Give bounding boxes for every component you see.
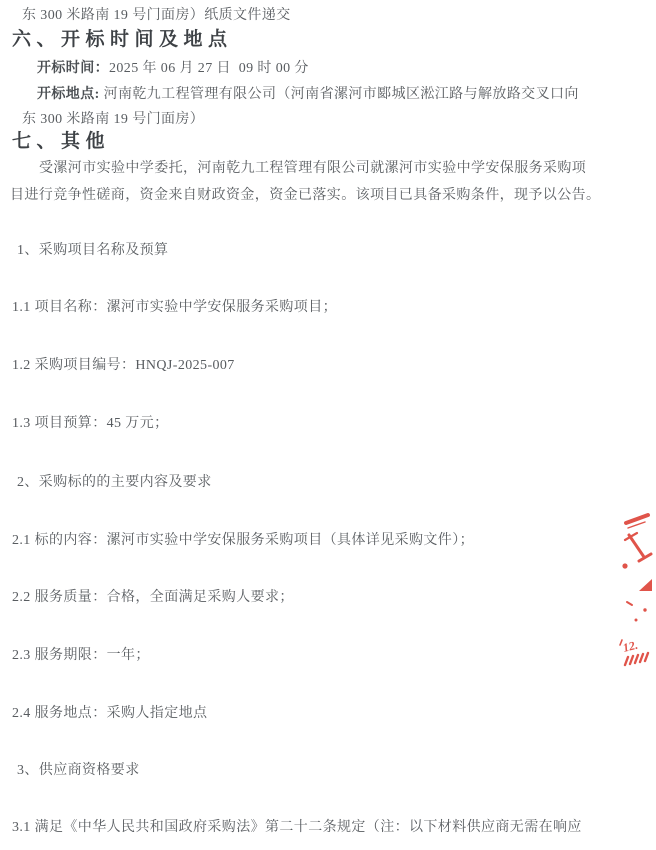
doc-line-item-2-4-location: 2.4 服务地点：采购人指定地点 [12, 706, 207, 722]
field-label-opening-time: 开标时间： [37, 61, 109, 76]
doc-line-item-2-1-content: 2.1 标的内容：漯河市实验中学安保服务采购项目（具体详见采购文件）； [12, 533, 474, 549]
red-seal-fragment-icon: 12. [612, 503, 656, 675]
doc-line-item-2-3-term: 2.3 服务期限：一年； [12, 648, 150, 664]
doc-line-item-2-title: 2、采购标的的主要内容及要求 [17, 475, 212, 491]
document-page: 东 300 米路南 19 号门面房）纸质文件递交 六、开标时间及地点 开标时间：… [0, 0, 656, 850]
doc-line-intro-paragraph-2: 目进行竞争性磋商，资金来自财政资金，资金已落实。该项目已具备采购条件，现予以公告… [10, 188, 600, 204]
section-heading-bid-opening: 六、开标时间及地点 [12, 30, 233, 51]
doc-line-item-2-2-quality: 2.2 服务质量：合格，全面满足采购人要求； [12, 590, 294, 606]
field-value-opening-time: 2025 年 06 月 27 日 09 时 00 分 [109, 61, 309, 76]
doc-line-item-3-1-requirement: 3.1 满足《中华人民共和国政府采购法》第二十二条规定（注：以下材料供应商无需在… [12, 820, 582, 836]
doc-line-bid-opening-time: 开标时间：2025 年 06 月 27 日 09 时 00 分 [37, 61, 309, 77]
doc-line-item-1-3-budget: 1.3 项目预算：45 万元； [12, 416, 169, 432]
doc-line-address-continuation: 东 300 米路南 19 号门面房）纸质文件递交 [22, 8, 291, 24]
doc-line-item-1-2-number: 1.2 采购项目编号：HNQJ-2025-007 [12, 358, 235, 374]
doc-line-item-1-1-name: 1.1 项目名称：漯河市实验中学安保服务采购项目； [12, 300, 337, 316]
field-value-opening-place: 河南乾九工程管理有限公司（河南省漯河市郾城区淞江路与解放路交叉口向 [100, 87, 579, 102]
section-heading-other: 七、其他 [12, 132, 110, 153]
field-label-opening-place: 开标地点: [37, 87, 100, 102]
doc-line-place-continuation: 东 300 米路南 19 号门面房） [22, 112, 204, 128]
stamp-date-text: 12. [621, 638, 639, 655]
doc-line-bid-opening-place: 开标地点: 河南乾九工程管理有限公司（河南省漯河市郾城区淞江路与解放路交叉口向 [37, 87, 579, 103]
doc-line-item-1-title: 1、采购项目名称及预算 [17, 243, 168, 259]
doc-line-item-3-title: 3、供应商资格要求 [17, 763, 140, 779]
doc-line-intro-paragraph-1: 受漯河市实验中学委托，河南乾九工程管理有限公司就漯河市实验中学安保服务采购项 [39, 161, 586, 177]
